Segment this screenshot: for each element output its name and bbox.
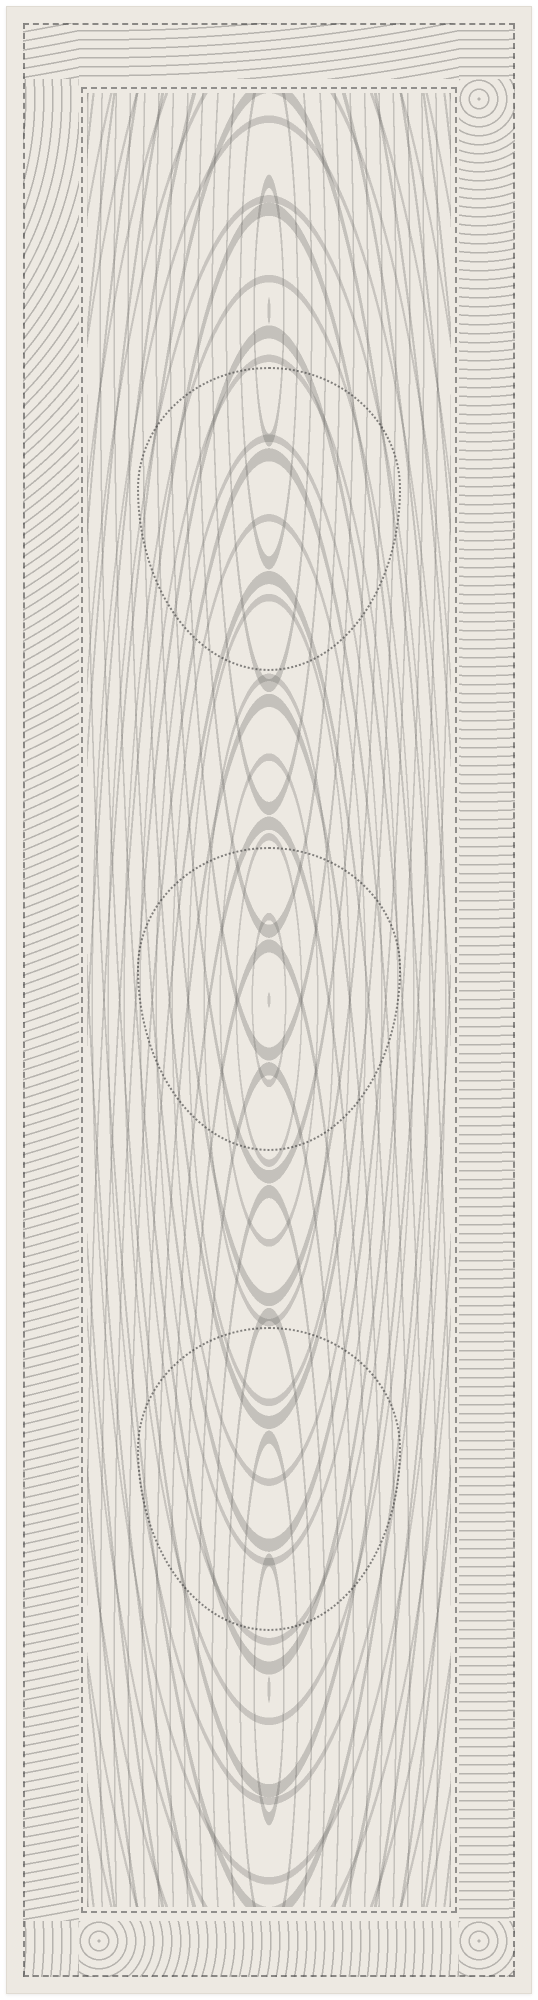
runner-rug [6,6,532,1994]
